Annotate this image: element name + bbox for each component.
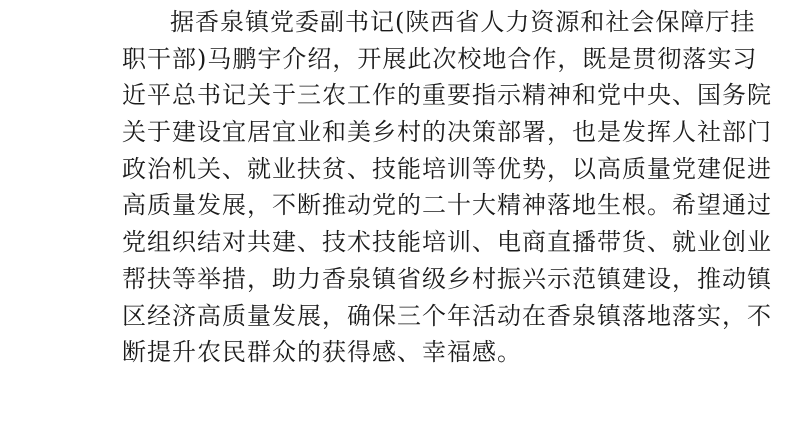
paragraph-line: 帮扶等举措，助力香泉镇省级乡村振兴示范镇建设，推动镇 (122, 261, 682, 298)
paragraph-line: 区经济高质量发展，确保三个年活动在香泉镇落地落实，不 (122, 298, 682, 335)
paragraph-line: 职干部)马鹏宇介绍，开展此次校地合作，既是贯彻落实习 (122, 41, 682, 78)
paragraph-line: 政治机关、就业扶贫、技能培训等优势，以高质量党建促进 (122, 151, 682, 188)
paragraph-line: 关于建设宜居宜业和美乡村的决策部署，也是发挥人社部门 (122, 114, 682, 151)
document-page: 据香泉镇党委副书记(陕西省人力资源和社会保障厅挂 职干部)马鹏宇介绍，开展此次校… (0, 0, 791, 423)
paragraph-line: 据香泉镇党委副书记(陕西省人力资源和社会保障厅挂 (122, 4, 682, 41)
paragraph-line: 近平总书记关于三农工作的重要指示精神和党中央、国务院 (122, 77, 682, 114)
paragraph-line: 断提升农民群众的获得感、幸福感。 (122, 334, 682, 371)
paragraph-line: 党组织结对共建、技术技能培训、电商直播带货、就业创业 (122, 224, 682, 261)
paragraph-line: 高质量发展，不断推动党的二十大精神落地生根。希望通过 (122, 187, 682, 224)
body-paragraph: 据香泉镇党委副书记(陕西省人力资源和社会保障厅挂 职干部)马鹏宇介绍，开展此次校… (122, 4, 682, 371)
